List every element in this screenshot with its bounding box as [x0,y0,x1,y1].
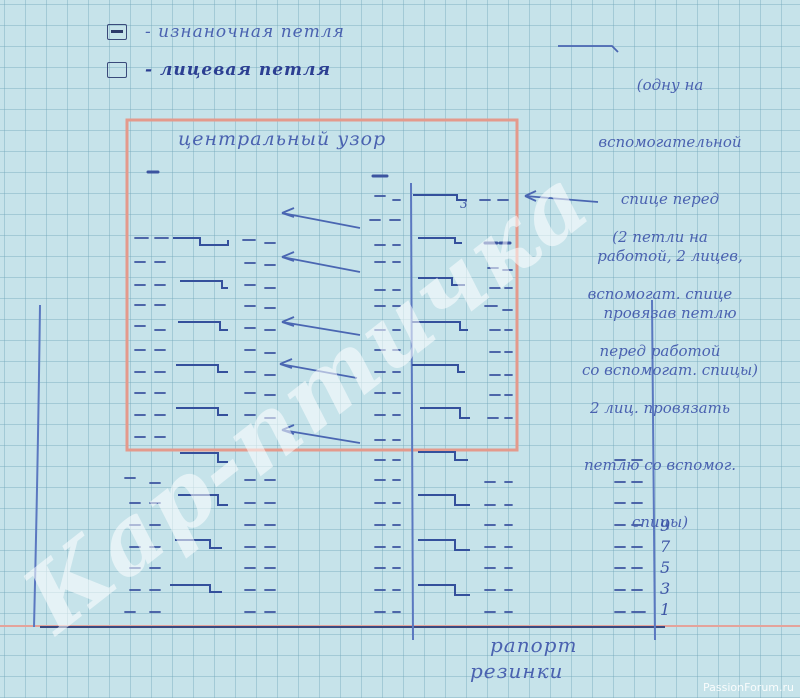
purl-stitch-symbol-icon [107,24,127,40]
row-number: 7 [660,536,680,557]
note-line: перед работой [530,342,790,361]
legend-purl-label: - изнаночная петля [145,22,345,42]
row-number: 5 [660,557,680,578]
cable-crosses [170,195,470,595]
row-numbers: 9 7 5 3 1 [660,515,680,620]
note-line: (одну на [545,76,795,95]
site-watermark: PassionForum.ru [703,681,794,694]
note-line: 2 лиц. провязать [530,399,790,418]
legend-knit-label: - лицевая петля [145,60,331,80]
note-line: петлю со вспомог. [530,456,790,475]
note-line: вспомогательной [545,133,795,152]
row-number: 9 [660,515,680,536]
row-number: 1 [660,599,680,620]
rib-repeat-label: рапорт резинки [490,632,577,684]
cable-marker: 3 [460,194,468,215]
knit-stitch-symbol-icon [107,62,127,78]
footer-line-2: резинки [470,658,577,684]
footer-line-1: рапорт [490,632,577,658]
chart-title: центральный узор [178,128,386,150]
cable-note-middle: (2 петли на вспомогат. спице перед работ… [530,190,790,551]
row-number: 3 [660,578,680,599]
note-line: (2 петли на [530,228,790,247]
note-line: вспомогат. спице [530,285,790,304]
